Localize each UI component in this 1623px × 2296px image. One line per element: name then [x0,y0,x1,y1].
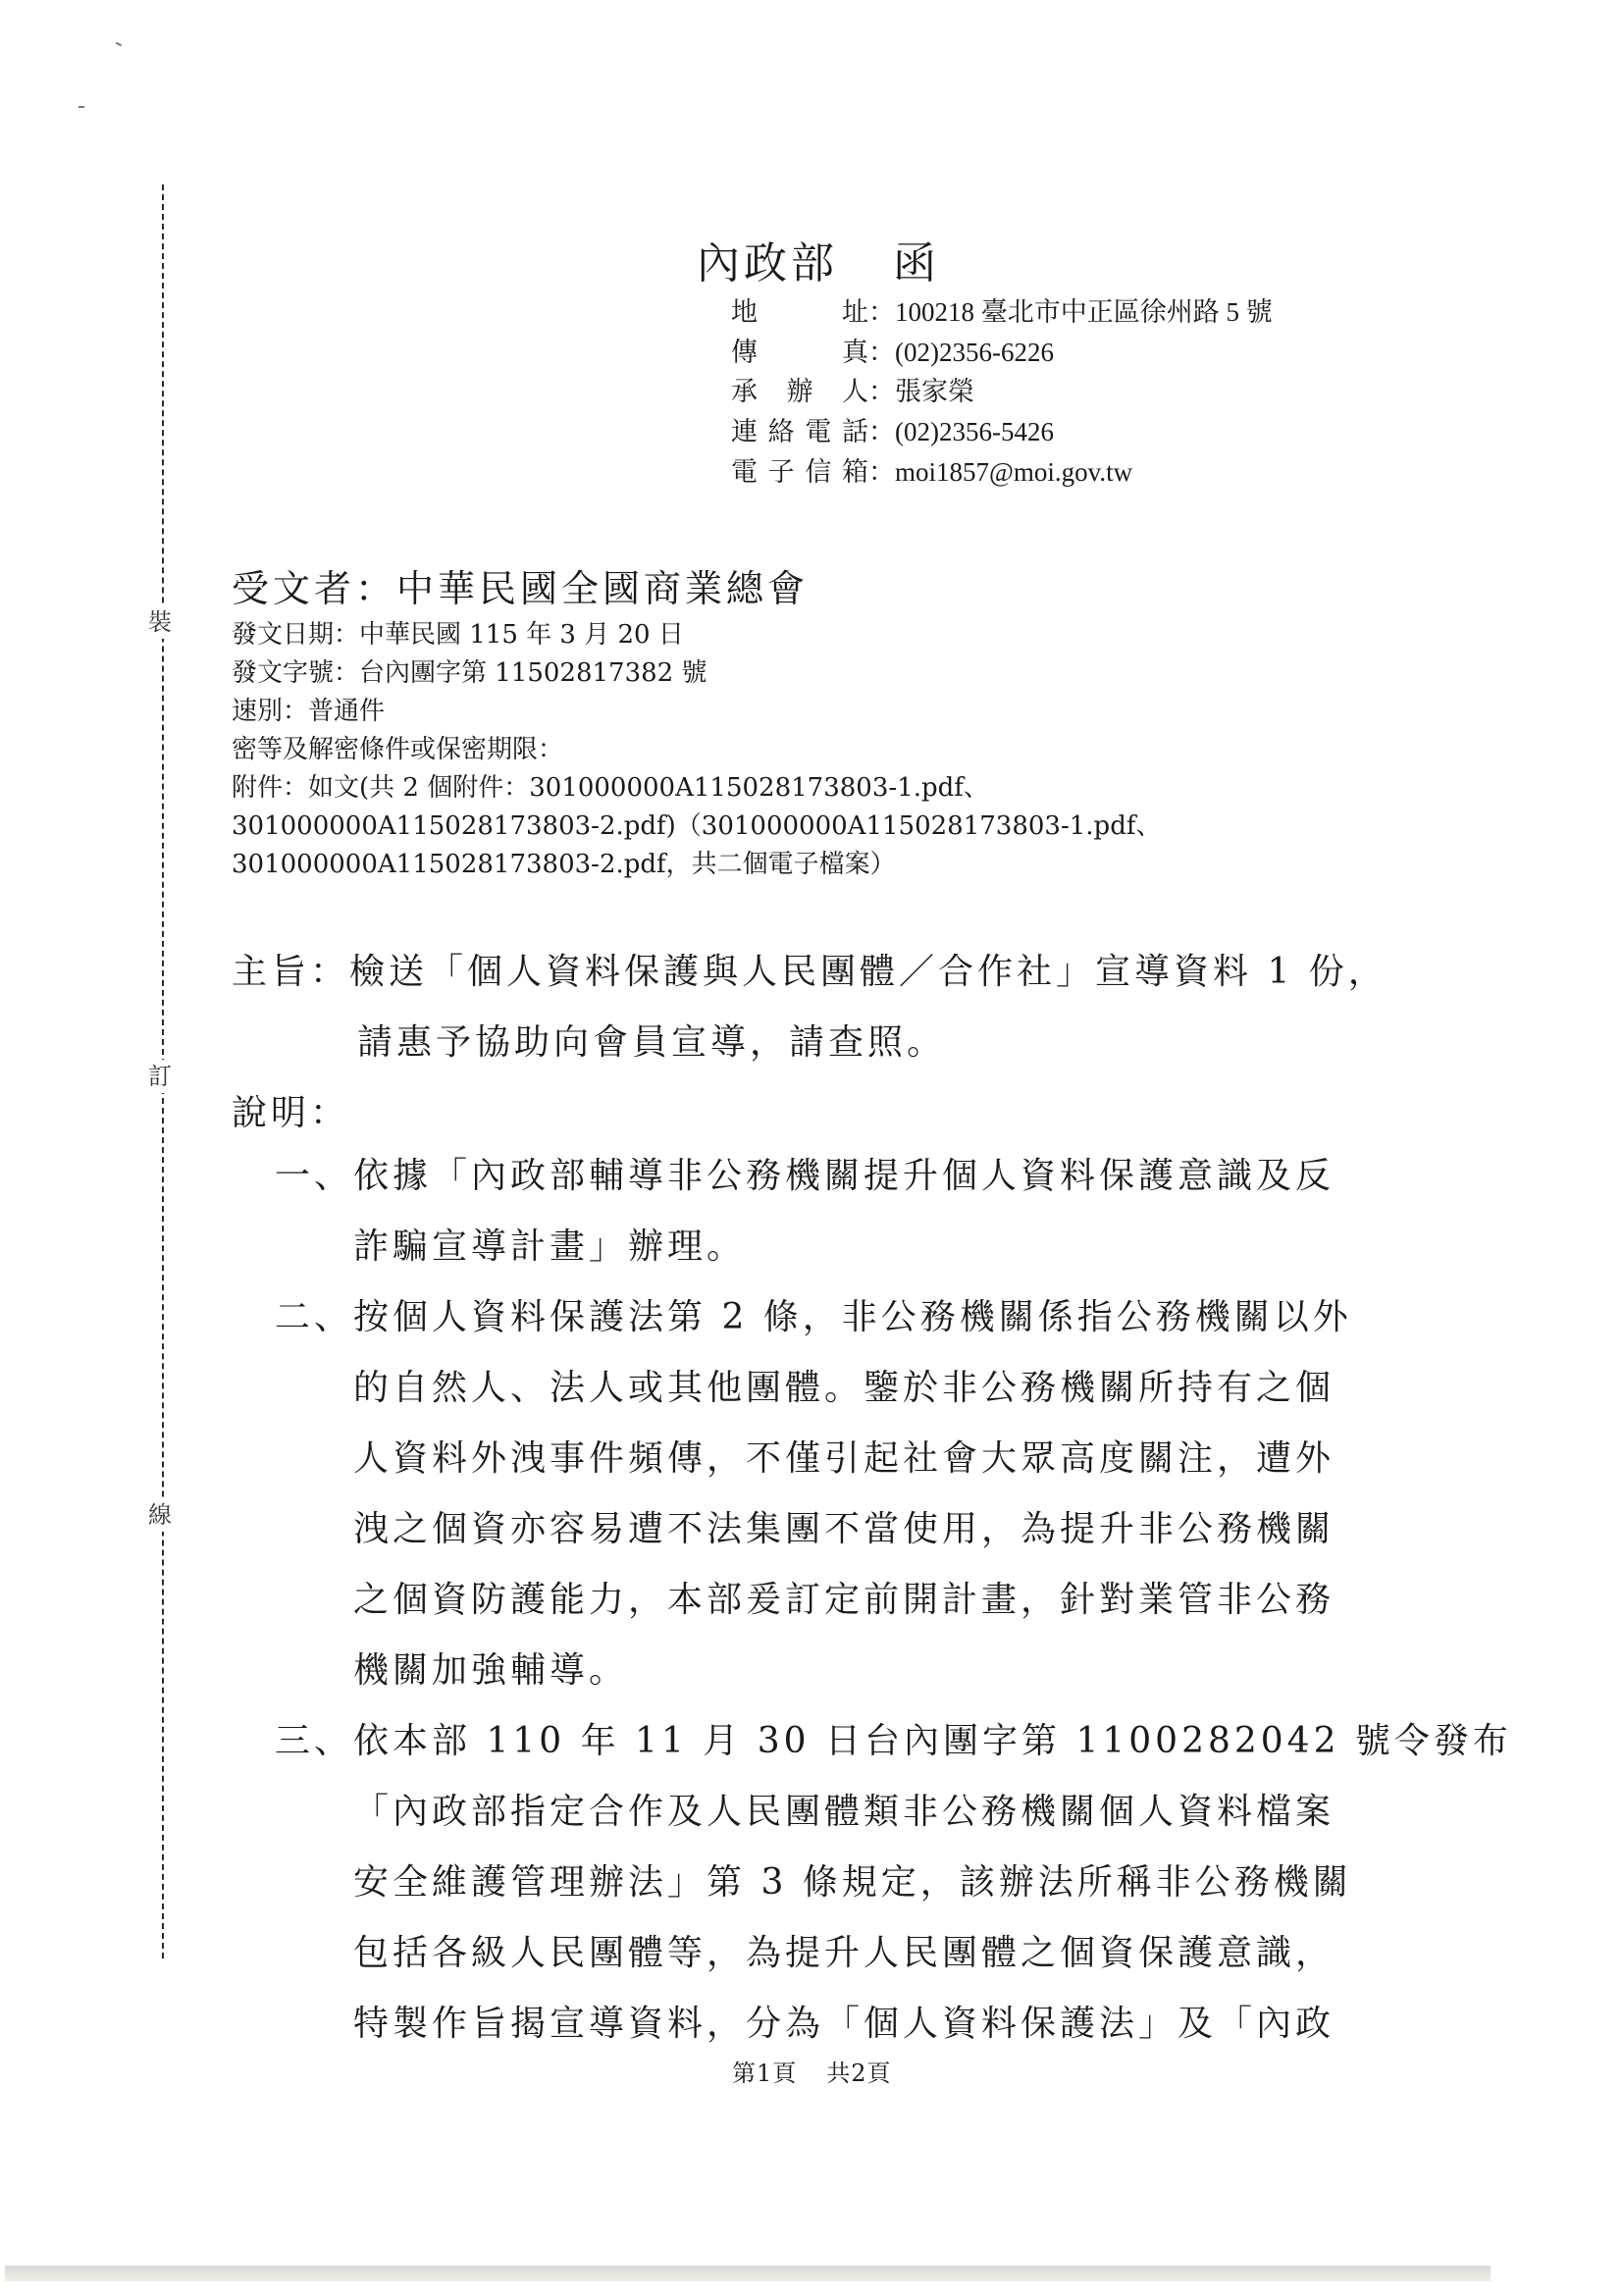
page-number: 第1頁 [732,2060,797,2087]
explanation-label: 說明： [232,1078,1387,1149]
contact-phone: 連絡電話：(02)2356-5426 [731,412,1273,452]
attachment-line[interactable]: 附件：如文(共 2 個附件：301000000A115028173803-1.p… [232,769,1161,808]
item-marker: 三、 [275,1721,353,1761]
scan-speck [79,106,84,108]
explanation-item-2: 二、按個人資料保護法第 2 條，非公務機關係指公務機關以外 的自然人、法人或其他… [275,1282,1512,1706]
binding-mark-ding: 訂 [148,1060,172,1093]
delivery-speed: 速別：普通件 [232,693,1161,731]
explanation-list: 一、依據「內政部輔導非公務機關提升個人資料保護意識及反 詐騙宣導計畫」辦理。 二… [275,1141,1512,2060]
recipient-value: 中華民國全國商業總會 [396,567,809,610]
recipient-label: 受文者： [232,567,396,610]
subject-line: 請惠予協助向會員宣導，請查照。 [232,1008,1387,1078]
item-marker: 二、 [275,1297,353,1337]
contact-address: 地址：100218 臺北市中正區徐州路 5 號 [731,292,1273,333]
document-type: 函 [893,238,940,288]
contact-fax: 傳真：(02)2356-6226 [731,333,1273,373]
scan-edge-strip [5,2266,1491,2281]
issue-date: 發文日期：中華民國 115 年 3 月 20 日 [232,616,1161,654]
subject-section: 主旨：檢送「個人資料保護與人民團體／合作社」宣導資料 1 份， 請惠予協助向會員… [232,937,1387,1149]
document-title: 內政部函 [697,228,940,290]
scan-speck [116,42,122,47]
item-marker: 一、 [275,1156,353,1196]
agency-name: 內政部 [697,238,838,288]
binding-mark-zhuang: 裝 [148,605,172,639]
explanation-item-1: 一、依據「內政部輔導非公務機關提升個人資料保護意識及反 詐騙宣導計畫」辦理。 [275,1141,1512,1282]
explanation-item-3: 三、依本部 110 年 11 月 30 日台內團字第 1100282042 號令… [275,1706,1512,2060]
contact-block: 地址：100218 臺北市中正區徐州路 5 號 傳真：(02)2356-6226… [731,292,1273,493]
secrecy-level: 密等及解密條件或保密期限： [232,731,1161,769]
attachment-line[interactable]: 301000000A115028173803-2.pdf)（301000000A… [232,808,1161,846]
binding-mark-xian: 線 [148,1498,172,1532]
recipient: 受文者：中華民國全國商業總會 [232,563,809,614]
subject-line: 主旨：檢送「個人資料保護與人民團體／合作社」宣導資料 1 份， [232,937,1387,1008]
attachment-line[interactable]: 301000000A115028173803-2.pdf，共二個電子檔案） [232,846,1161,884]
document-meta: 發文日期：中華民國 115 年 3 月 20 日 發文字號：台內團字第 1150… [232,616,1161,884]
contact-officer: 承辦人：張家榮 [731,373,1273,412]
subject-label: 主旨： [232,952,349,992]
page-total: 共2頁 [826,2060,891,2087]
issue-number: 發文字號：台內團字第 11502817382 號 [232,654,1161,693]
contact-email: 電子信箱：moi1857@moi.gov.tw [731,452,1273,493]
page-footer: 第1頁共2頁 [732,2054,892,2088]
